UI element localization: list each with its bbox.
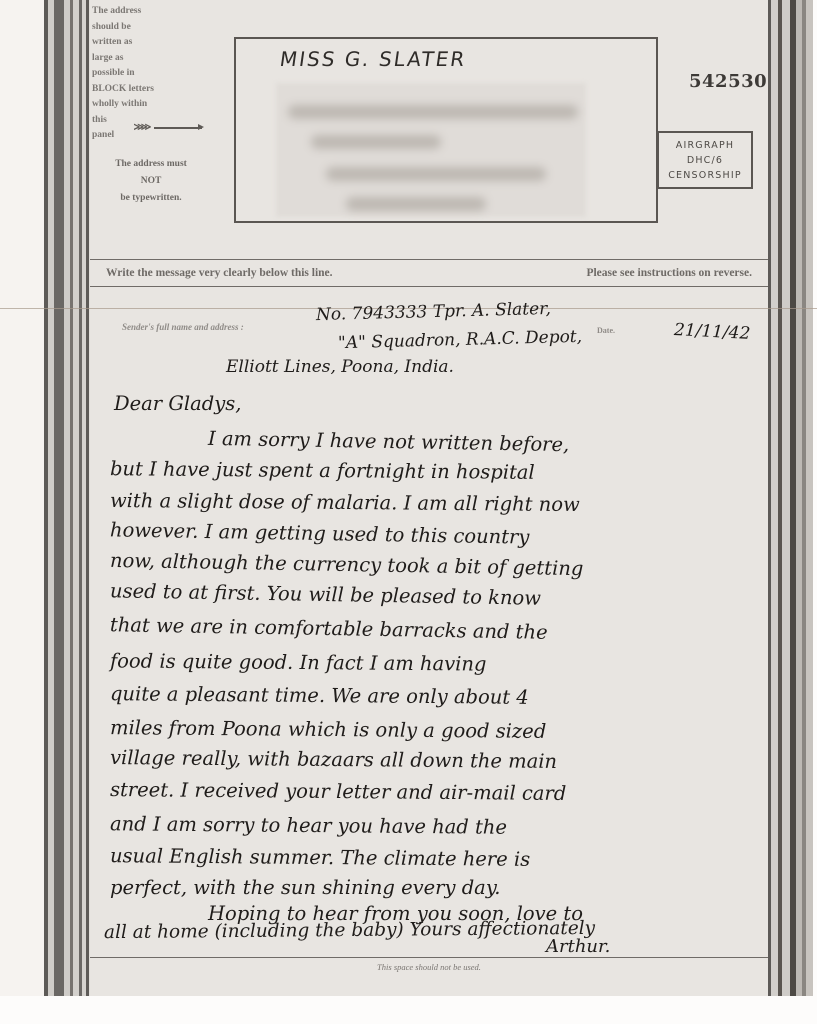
date-label: Date.	[597, 326, 615, 335]
bottom-rule	[90, 957, 768, 958]
typewriter-warning: The address must NOT be typewritten.	[92, 156, 210, 207]
sender-line-3: Elliott Lines, Poona, India.	[226, 357, 454, 377]
warning-line: The address must	[92, 156, 210, 173]
recipient-name: MISS G. SLATER	[278, 47, 468, 71]
redacted-line	[346, 197, 486, 211]
instruction-line: BLOCK letters	[92, 82, 202, 98]
letter-line: with a slight dose of malaria. I am all …	[110, 489, 580, 516]
letter-line: street. I received your letter and air-m…	[110, 778, 566, 805]
letter-line: perfect, with the sun shining every day.	[110, 876, 500, 899]
stamp-line: DHC/6	[659, 153, 751, 168]
see-reverse-instruction: Please see instructions on reverse.	[586, 267, 752, 279]
stamp-line: AIRGRAPH	[659, 138, 751, 153]
bottom-margin-paper	[0, 996, 817, 1024]
signature: Arthur.	[546, 936, 610, 957]
instruction-line: The address	[92, 4, 202, 20]
serial-number: 542530	[689, 71, 767, 92]
letter-line: quite a pleasant time. We are only about…	[110, 682, 529, 709]
left-border-stripes	[44, 0, 90, 996]
stamp-line: CENSORSHIP	[659, 168, 751, 183]
instruction-line: this panel	[92, 113, 129, 144]
redacted-line	[288, 105, 578, 119]
warning-line: be typewritten.	[92, 190, 210, 207]
reserved-space-notice: This space should not be used.	[90, 962, 768, 972]
censorship-stamp: AIRGRAPH DHC/6 CENSORSHIP	[657, 131, 753, 189]
instruction-arrow-row: this panel ≫≫	[92, 113, 202, 144]
instruction-bar: Write the message very clearly below thi…	[90, 259, 768, 287]
left-margin-paper	[0, 0, 44, 996]
address-instructions: The address should be written as large a…	[92, 4, 202, 144]
warning-line: NOT	[92, 173, 210, 190]
letter-line: and I am sorry to hear you have had the	[110, 812, 507, 838]
letter-line: village really, with bazaars all down th…	[110, 746, 557, 773]
instruction-line: possible in	[92, 66, 202, 82]
letter-line: usual English summer. The climate here i…	[110, 844, 530, 871]
salutation: Dear Gladys,	[114, 392, 241, 415]
write-below-instruction: Write the message very clearly below thi…	[106, 267, 333, 279]
instruction-line: should be	[92, 20, 202, 36]
instruction-line: written as	[92, 35, 202, 51]
letter-line: all at home (including the baby) Yours a…	[104, 918, 595, 943]
address-panel: MISS G. SLATER	[234, 37, 658, 223]
date-value: 21/11/42	[674, 320, 751, 344]
letter-line: but I have just spent a fortnight in hos…	[110, 457, 535, 484]
arrow-right-icon	[154, 127, 202, 129]
letter-line: food is quite good. In fact I am having	[110, 649, 487, 675]
arrow-feather-icon: ≫≫	[133, 120, 148, 136]
redacted-address	[276, 83, 586, 217]
right-border-stripes	[768, 0, 813, 996]
redacted-line	[326, 167, 546, 181]
instruction-line: large as	[92, 51, 202, 67]
instruction-line: wholly within	[92, 97, 202, 113]
letter-line: miles from Poona which is only a good si…	[110, 716, 546, 743]
sender-label: Sender's full name and address :	[122, 322, 244, 332]
redacted-line	[311, 135, 441, 149]
